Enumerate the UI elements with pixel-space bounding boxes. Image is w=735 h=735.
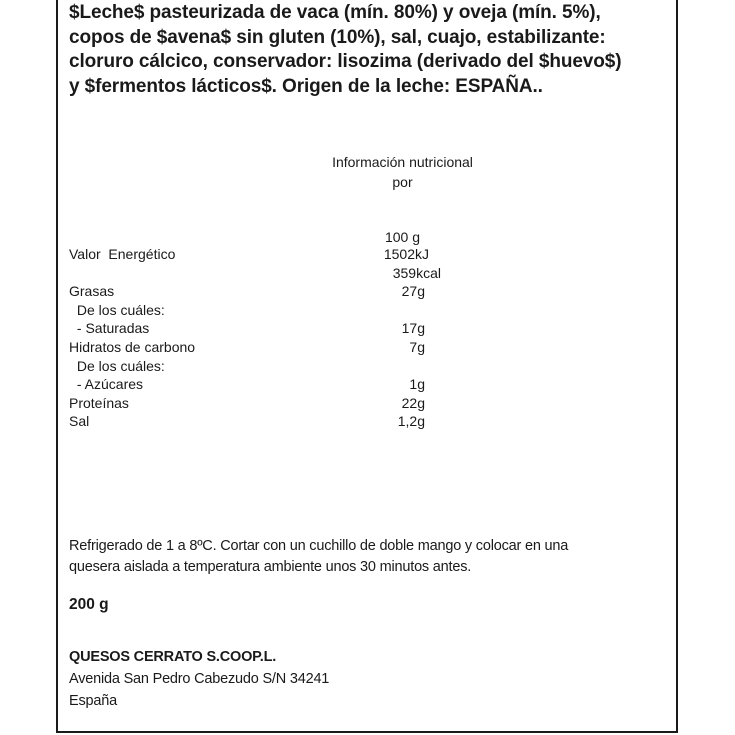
nutrition-value: 359kcal <box>393 264 441 283</box>
storage-line: quesera aislada a temperatura ambiente u… <box>69 557 669 578</box>
ingredients-text: $Leche$ pasteurizada de vaca (mín. 80%) … <box>69 1 689 99</box>
nutrition-label: De los cuáles: <box>73 301 165 320</box>
storage-line: Refrigerado de 1 a 8ºC. Cortar con un cu… <box>69 536 669 557</box>
nutrition-value: 22g <box>402 394 425 413</box>
nutrition-row: - Saturadas17g <box>69 319 429 338</box>
company-name: QUESOS CERRATO S.COOP.L. <box>69 646 329 668</box>
nutrition-label: - Saturadas <box>73 319 149 338</box>
ingredients-line: copos de $avena$ sin gluten (10%), sal, … <box>69 26 689 51</box>
nutrition-row: Proteínas22g <box>69 394 429 413</box>
ingredients-line: cloruro cálcico, conservador: lisozima (… <box>69 50 689 75</box>
nutrition-value: 17g <box>402 319 425 338</box>
nutrition-row: De los cuáles: <box>69 357 429 376</box>
nutrition-row: - Azúcares1g <box>69 375 429 394</box>
nutrition-label: Sal <box>69 412 89 431</box>
net-weight: 200 g <box>69 596 109 614</box>
nutrition-label: Proteínas <box>69 394 129 413</box>
nutrition-label: Hidratos de carbono <box>69 338 195 357</box>
ingredients-line: y $fermentos lácticos$. Origen de la lec… <box>69 75 689 100</box>
ingredients-line: $Leche$ pasteurizada de vaca (mín. 80%) … <box>69 1 689 26</box>
nutrition-title: Información nutricional por <box>300 152 505 192</box>
nutrition-per-amount: 100 g <box>300 229 505 245</box>
nutrition-label: De los cuáles: <box>73 357 165 376</box>
nutrition-label: Valor Energético <box>69 245 175 264</box>
company-address: Avenida San Pedro Cabezudo S/N 34241 <box>69 668 329 690</box>
nutrition-row: Valor Energético1502kJ <box>69 245 429 264</box>
nutrition-value: 1502kJ <box>384 245 429 264</box>
nutrition-label: - Azúcares <box>73 375 143 394</box>
nutrition-row: Hidratos de carbono7g <box>69 338 429 357</box>
nutrition-row: De los cuáles: <box>69 301 429 320</box>
nutrition-row: 359kcal <box>69 264 429 283</box>
nutrition-title-line: Información nutricional <box>300 152 505 172</box>
nutrition-value: 27g <box>402 282 425 301</box>
nutrition-row: Grasas27g <box>69 282 429 301</box>
nutrition-value: 1g <box>409 375 425 394</box>
nutrition-label: Grasas <box>69 282 114 301</box>
company-country: España <box>69 690 329 712</box>
nutrition-value: 1,2g <box>398 412 425 431</box>
storage-instructions: Refrigerado de 1 a 8ºC. Cortar con un cu… <box>69 536 669 577</box>
nutrition-value: 7g <box>409 338 425 357</box>
company-info: QUESOS CERRATO S.COOP.L. Avenida San Ped… <box>69 646 329 712</box>
nutrition-title-per: por <box>300 172 505 192</box>
nutrition-table: Valor Energético1502kJ359kcalGrasas27g D… <box>69 245 429 431</box>
nutrition-row: Sal1,2g <box>69 412 429 431</box>
